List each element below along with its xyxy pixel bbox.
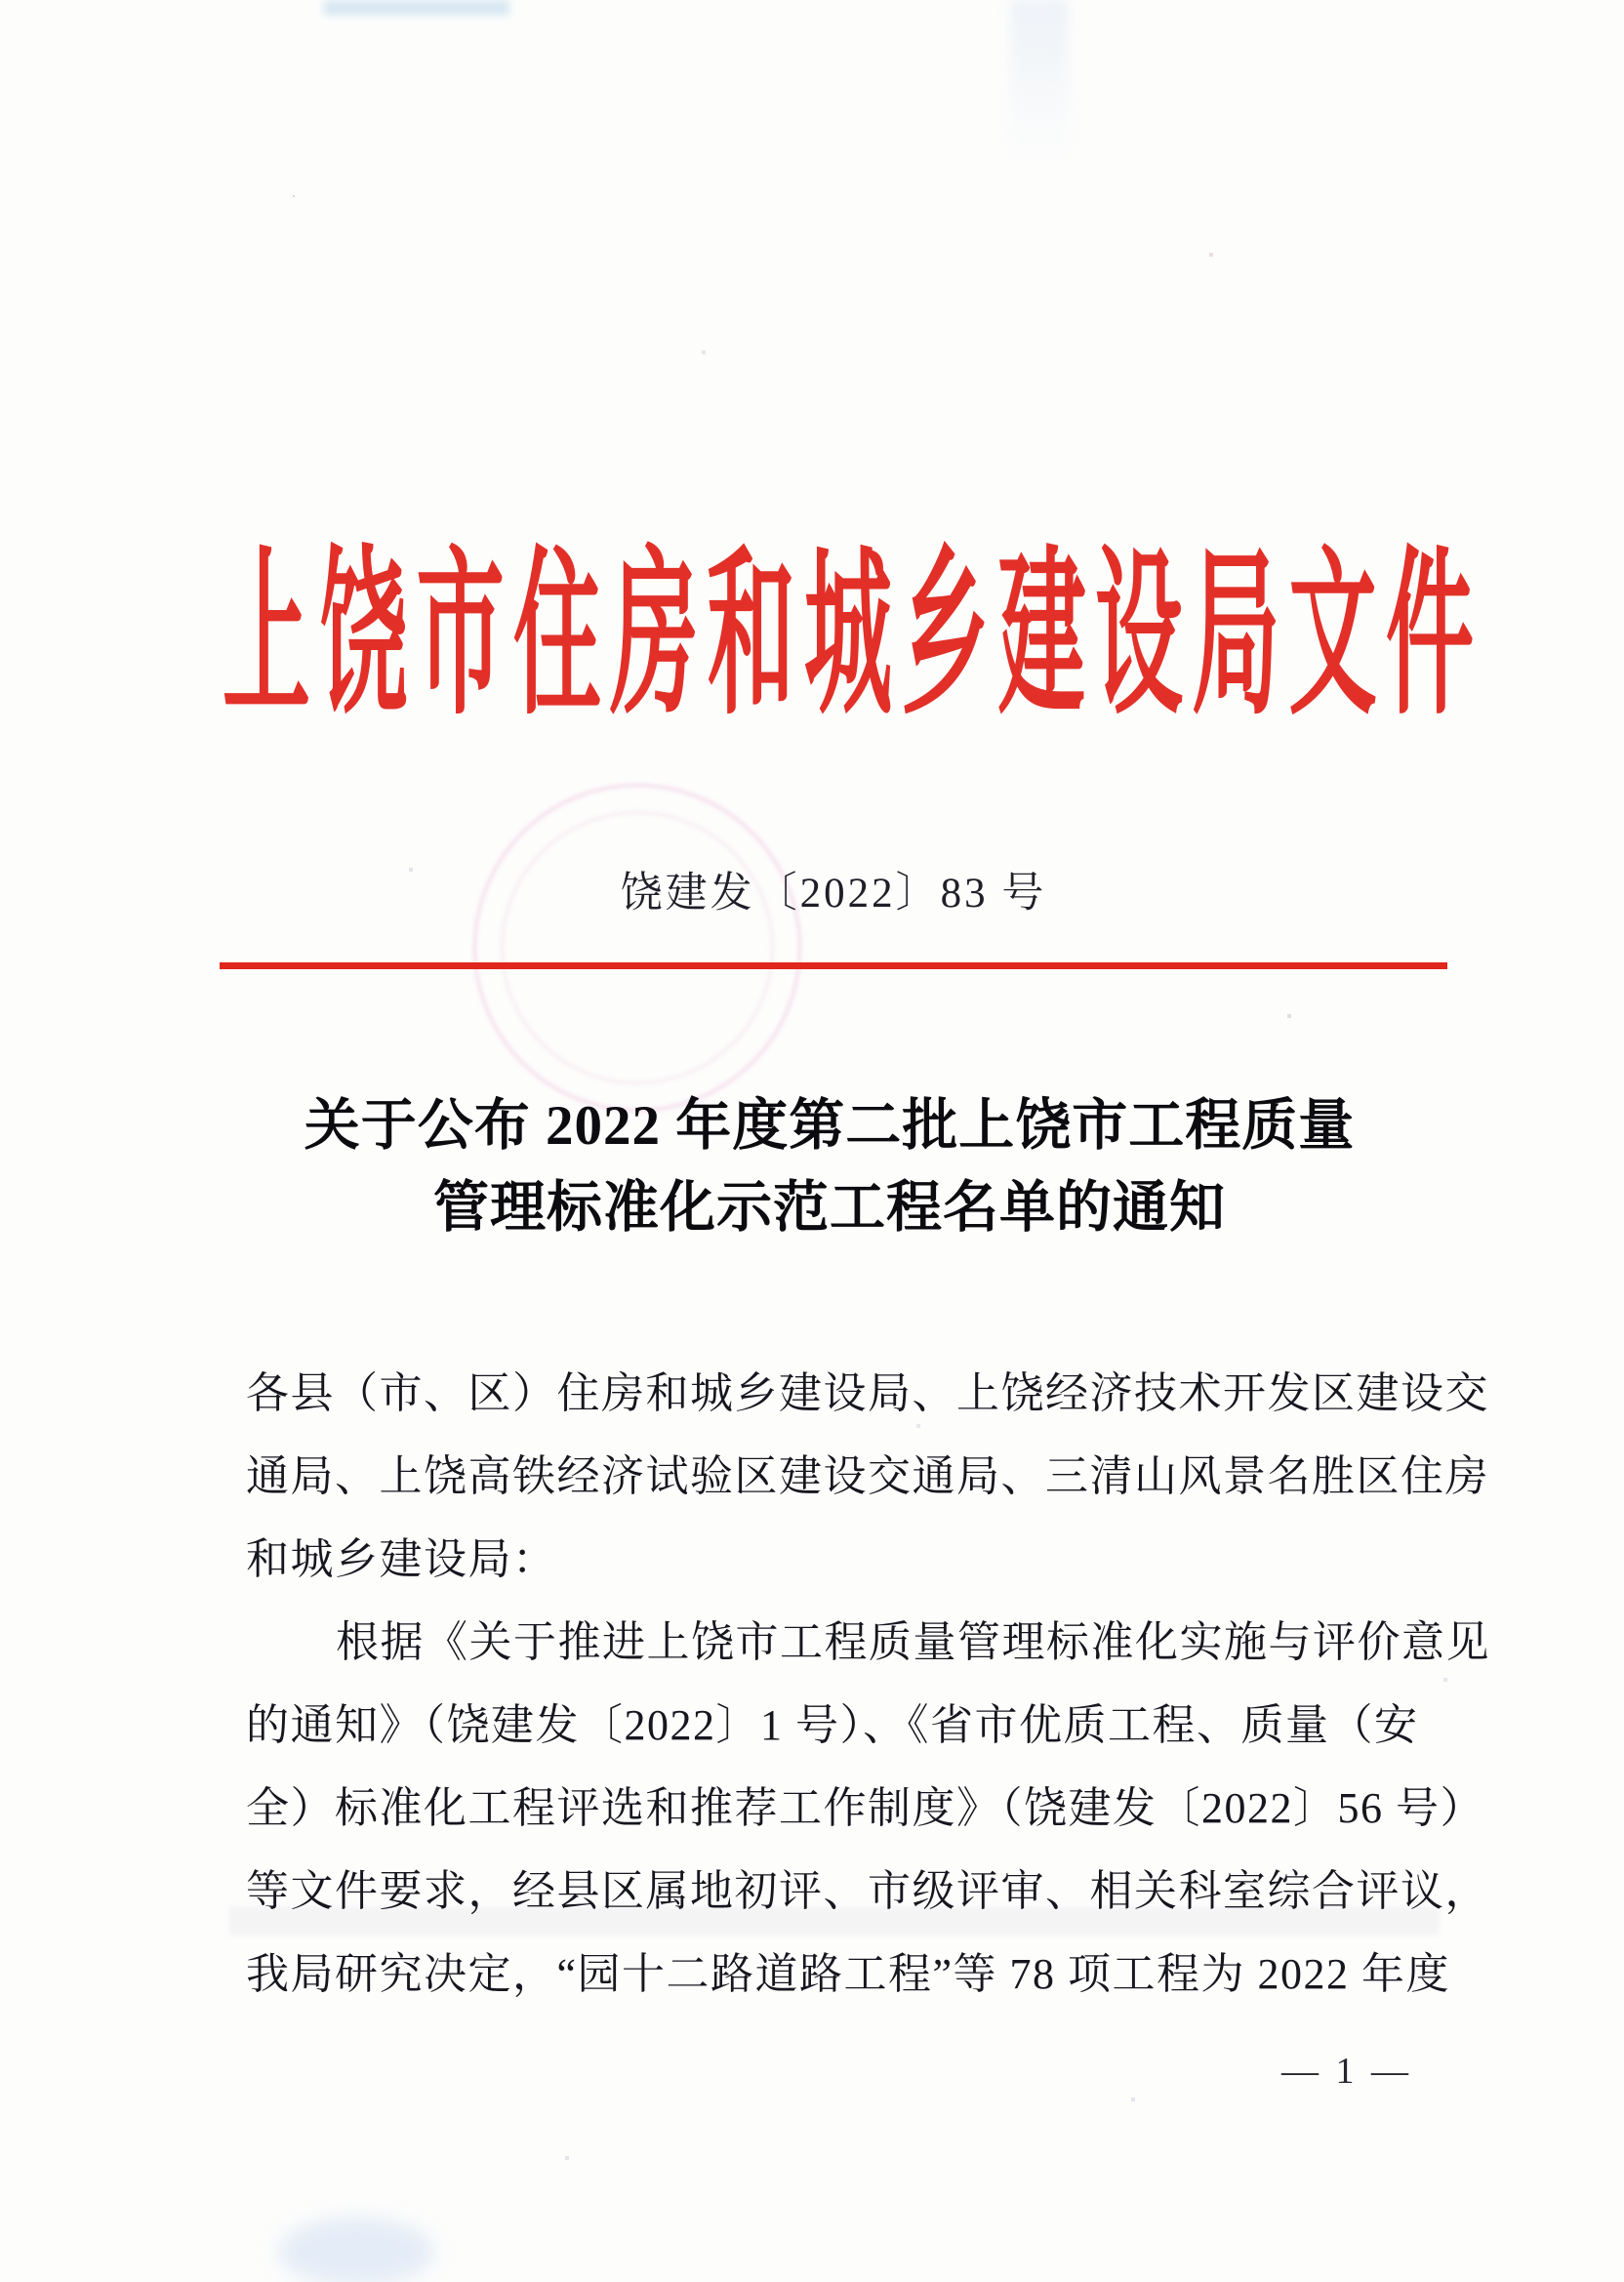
masthead-char: 和: [708, 549, 795, 729]
masthead-char: 城: [804, 549, 892, 729]
document-number: 饶建发〔2022〕83 号: [220, 867, 1447, 921]
scan-artifact-bottom-smudge: [278, 2218, 434, 2282]
masthead-char: 上: [223, 549, 310, 729]
masthead-char: 文: [1289, 549, 1377, 729]
scanned-document-page: 上饶市住房和城乡建设局文件 饶建发〔2022〕83 号 关于公布 2022 年度…: [0, 0, 1624, 2282]
masthead-char: 市: [417, 549, 505, 729]
red-separator-rule: [220, 962, 1447, 969]
scan-artifact-top-smudge: [324, 0, 509, 16]
body-line: 各县（市、区）住房和城乡建设局、上饶经济技术开发区建设交: [246, 1352, 1466, 1435]
scan-artifact-top-band: [1010, 0, 1069, 166]
masthead-char: 建: [998, 549, 1086, 729]
body-line: 通局、上饶高铁经济试验区建设交通局、三清山风景名胜区住房: [246, 1435, 1466, 1518]
body-line: 我局研究决定，“园十二路道路工程”等 78 项工程为 2022 年度: [246, 1933, 1466, 2016]
body-line: 全）标准化工程评选和推荐工作制度》（饶建发〔2022〕56 号）: [246, 1767, 1466, 1850]
notice-title: 关于公布 2022 年度第二批上饶市工程质量 管理标准化示范工程名单的通知: [195, 1085, 1464, 1249]
body-line: 等文件要求，经县区属地初评、市级评审、相关科室综合评议，: [246, 1850, 1466, 1933]
masthead-char: 件: [1386, 549, 1474, 729]
masthead-char: 局: [1192, 549, 1279, 729]
page-number: — 1 —: [1259, 2048, 1435, 2095]
notice-title-line-2: 管理标准化示范工程名单的通知: [195, 1167, 1464, 1249]
body-line: 的通知》（饶建发〔2022〕1 号）、《省市优质工程、质量（安: [246, 1684, 1466, 1767]
masthead-char: 住: [513, 549, 601, 729]
masthead-char: 房: [610, 549, 698, 729]
masthead-char: 乡: [901, 549, 989, 729]
masthead-char: 设: [1095, 549, 1183, 729]
scan-artifact-speckles: [293, 195, 295, 197]
body-line: 和城乡建设局：: [246, 1518, 1466, 1601]
notice-title-line-1: 关于公布 2022 年度第二批上饶市工程质量: [195, 1085, 1464, 1167]
body-paragraph: 各县（市、区）住房和城乡建设局、上饶经济技术开发区建设交 通局、上饶高铁经济试验…: [246, 1352, 1466, 2016]
masthead-char: 饶: [319, 549, 407, 729]
body-line: 根据《关于推进上饶市工程质量管理标准化实施与评价意见: [246, 1601, 1466, 1684]
